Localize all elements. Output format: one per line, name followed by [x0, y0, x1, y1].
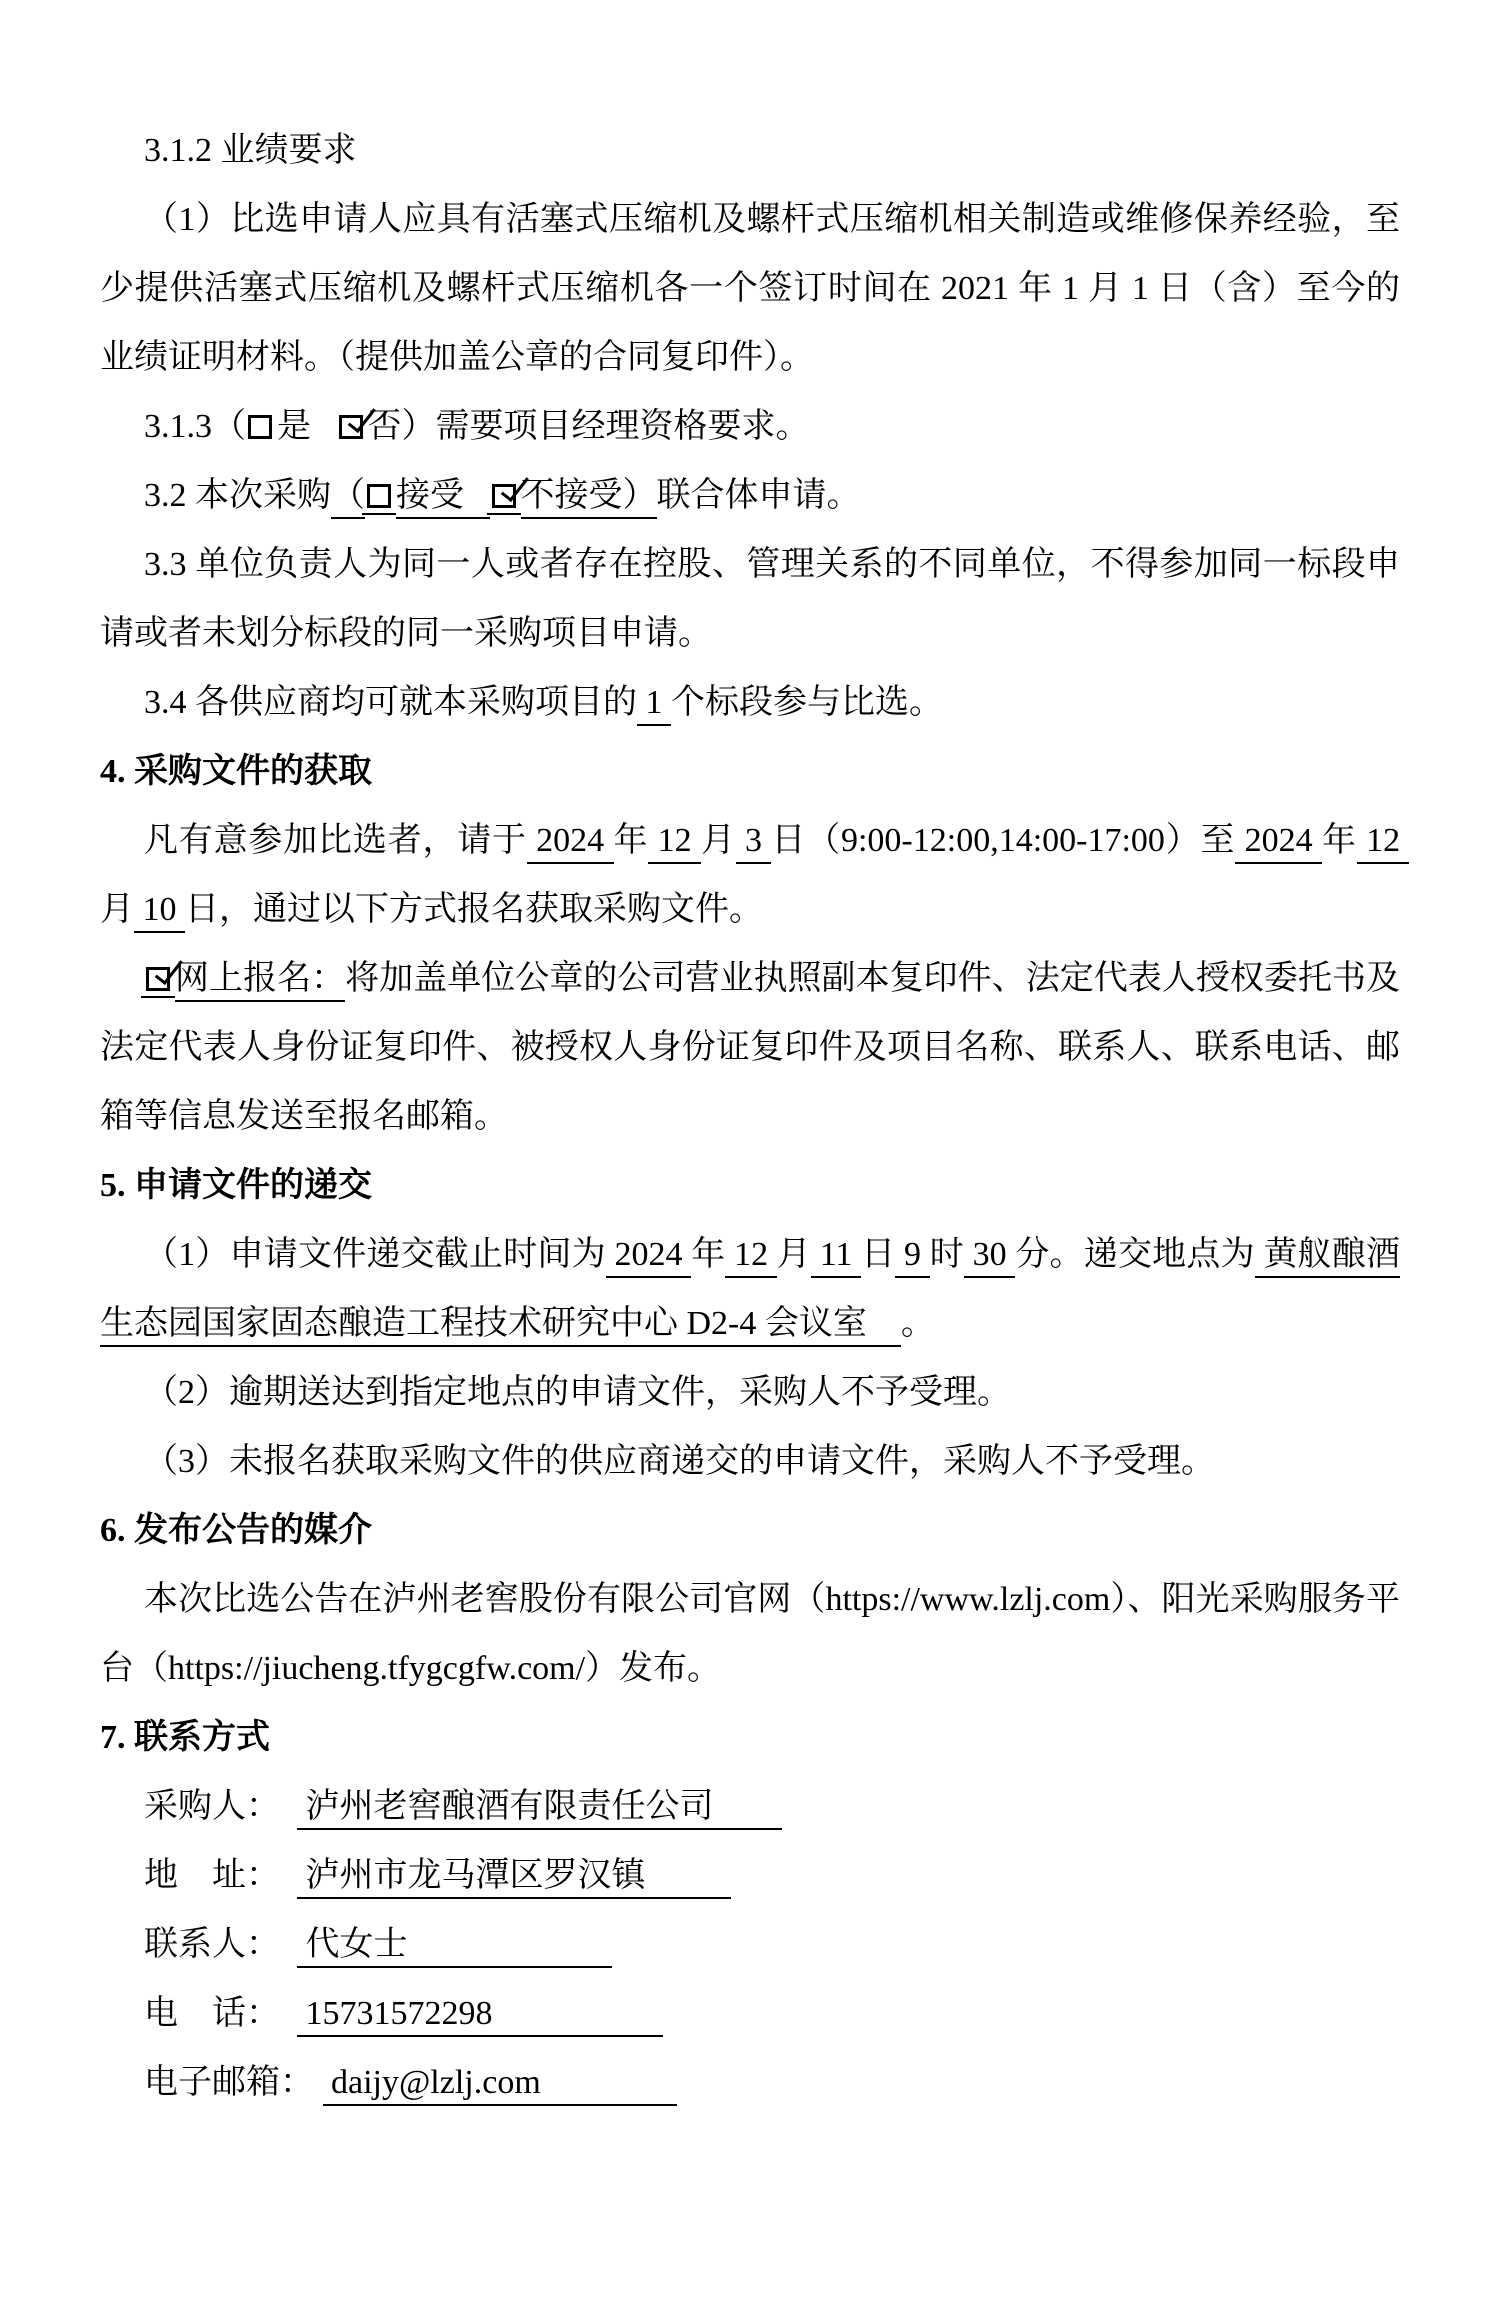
text-run: 4. 采购文件的获取 — [100, 753, 372, 790]
section-5-item-3: （3）未报名获取采购文件的供应商递交的申请文件，采购人不予受理。 — [100, 1427, 1400, 1496]
clause-3-3: 3.3 单位负责人为同一人或者存在控股、管理关系的不同单位，不得参加同一标段申请… — [100, 530, 1400, 668]
text-run: 7. 联系方式 — [100, 1719, 270, 1756]
text-run: 日（9:00-12:00,14:00-17:00）至 — [771, 822, 1235, 859]
text-run: 电子邮箱： — [144, 2064, 314, 2101]
clause-3-2: 3.2 本次采购（接受 不接受）联合体申请。 — [100, 461, 1400, 530]
text-run: 泸州老窖酿酒有限责任公司 — [297, 1788, 782, 1830]
text-run: 分。递交地点为 — [1015, 1236, 1254, 1273]
text-run: 年 — [691, 1236, 725, 1273]
text-run: 联合体申请。 — [657, 477, 861, 514]
text-run: 月 — [701, 822, 736, 859]
text-run — [280, 1995, 297, 2032]
text-run: 3.1.3（ — [144, 408, 246, 445]
page: 3.1.2 业绩要求（1）比选申请人应具有活塞式压缩机及螺杆式压缩机相关制造或维… — [0, 0, 1500, 2301]
text-run: （1）申请文件递交截止时间为 — [144, 1236, 606, 1273]
text-run: （3）未报名获取采购文件的供应商递交的申请文件，采购人不予受理。 — [144, 1443, 1215, 1480]
text-run: 时 — [930, 1236, 964, 1273]
text-run — [314, 2064, 323, 2101]
contact-address: 地 址： 泸州市龙马潭区罗汉镇 — [100, 1841, 1400, 1910]
contact-person: 联系人： 代女士 — [100, 1910, 1400, 1979]
text-run: 15731572298 — [297, 1995, 663, 2037]
text-run: 5. 申请文件的递交 — [100, 1167, 372, 1204]
text-run: 9 — [895, 1236, 929, 1278]
clause-3-4: 3.4 各供应商均可就本采购项目的 1 个标段参与比选。 — [100, 668, 1400, 737]
text-run: 网上报名： — [175, 960, 345, 1002]
contact-phone: 电 话： 15731572298 — [100, 1979, 1400, 2048]
text-run — [280, 1788, 297, 1825]
text-run: 月 — [100, 891, 134, 928]
text-run: 年 — [614, 822, 649, 859]
text-run: 接受 — [396, 477, 490, 519]
text-run: 泸州市龙马潭区罗汉镇 — [297, 1857, 731, 1899]
text-run — [280, 1926, 297, 1963]
text-run: 。 — [901, 1305, 935, 1342]
text-run: 2024 — [1235, 822, 1322, 864]
text-run: 月 — [777, 1236, 811, 1273]
contact-purchaser: 采购人： 泸州老窖酿酒有限责任公司 — [100, 1772, 1400, 1841]
text-run: 地 址： — [144, 1857, 280, 1894]
text-run: （ — [331, 477, 365, 519]
text-run: 是 — [277, 408, 337, 445]
clause-3-1-2-item-1: （1）比选申请人应具有活塞式压缩机及螺杆式压缩机相关制造或维修保养经验，至少提供… — [100, 185, 1400, 392]
text-run: 2024 — [527, 822, 614, 864]
clause-3-1-3: 3.1.3（是 否）需要项目经理资格要求。 — [100, 392, 1400, 461]
text-run: 12 — [1357, 822, 1409, 864]
text-run: 3.3 单位负责人为同一人或者存在控股、管理关系的不同单位，不得参加同一标段申请… — [100, 546, 1400, 652]
text-run: 3.4 各供应商均可就本采购项目的 — [144, 684, 637, 721]
text-run: 否）需要项目经理资格要求。 — [368, 408, 810, 445]
text-run: daijy@lzlj.com — [323, 2064, 677, 2106]
text-run: 3.2 本次采购 — [144, 477, 331, 514]
text-run: 2024 — [606, 1236, 691, 1278]
text-run: （1）比选申请人应具有活塞式压缩机及螺杆式压缩机相关制造或维修保养经验，至少提供… — [100, 201, 1400, 376]
text-run: 采购人： — [144, 1788, 280, 1825]
text-run: 1 — [637, 684, 671, 726]
text-run: 凡有意参加比选者，请于 — [144, 822, 527, 859]
text-run: 30 — [964, 1236, 1015, 1278]
text-run: 联系人： — [144, 1926, 280, 1963]
checkbox-unchecked-icon — [367, 484, 391, 508]
text-run: 3.1.2 业绩要求 — [144, 132, 357, 169]
text-run: 电 话： — [144, 1995, 280, 2032]
text-run: 12 — [725, 1236, 776, 1278]
text-run: 不接受） — [521, 477, 657, 519]
text-run: 日，通过以下方式报名获取采购文件。 — [185, 891, 763, 928]
section-7-heading: 7. 联系方式 — [100, 1703, 1400, 1772]
text-run: 日 — [861, 1236, 895, 1273]
text-run: 本次比选公告在泸州老窖股份有限公司官网（https://www.lzlj.com… — [100, 1581, 1400, 1687]
text-run: 10 — [134, 891, 185, 933]
checkbox-unchecked-icon — [248, 415, 272, 439]
checkbox-checked-icon — [492, 484, 516, 508]
text-run: 年 — [1322, 822, 1357, 859]
text-run: （2）逾期送达到指定地点的申请文件，采购人不予受理。 — [144, 1374, 1011, 1411]
section-5-item-2: （2）逾期送达到指定地点的申请文件，采购人不予受理。 — [100, 1358, 1400, 1427]
clause-3-1-2: 3.1.2 业绩要求 — [100, 116, 1400, 185]
text-run: 12 — [648, 822, 701, 864]
contact-email: 电子邮箱： daijy@lzlj.com — [100, 2048, 1400, 2117]
document-body: 3.1.2 业绩要求（1）比选申请人应具有活塞式压缩机及螺杆式压缩机相关制造或维… — [100, 116, 1400, 2117]
text-run: 3 — [736, 822, 772, 864]
section-6-para: 本次比选公告在泸州老窖股份有限公司官网（https://www.lzlj.com… — [100, 1565, 1400, 1703]
text-run: 个标段参与比选。 — [671, 684, 943, 721]
text-run: 11 — [811, 1236, 861, 1278]
checkbox-checked-icon — [146, 967, 170, 991]
checkbox-checked-icon — [339, 415, 363, 439]
text-run — [280, 1857, 297, 1894]
section-4-online-signup: 网上报名：将加盖单位公章的公司营业执照副本复印件、法定代表人授权委托书及法定代表… — [100, 944, 1400, 1151]
section-5-item-1: （1）申请文件递交截止时间为 2024 年 12 月 11 日 9 时 30 分… — [100, 1220, 1400, 1358]
text-run: 代女士 — [297, 1926, 612, 1968]
section-4-para: 凡有意参加比选者，请于 2024 年 12 月 3 日（9:00-12:00,1… — [100, 806, 1400, 944]
section-6-heading: 6. 发布公告的媒介 — [100, 1496, 1400, 1565]
section-5-heading: 5. 申请文件的递交 — [100, 1151, 1400, 1220]
section-4-heading: 4. 采购文件的获取 — [100, 737, 1400, 806]
text-run: 6. 发布公告的媒介 — [100, 1512, 372, 1549]
